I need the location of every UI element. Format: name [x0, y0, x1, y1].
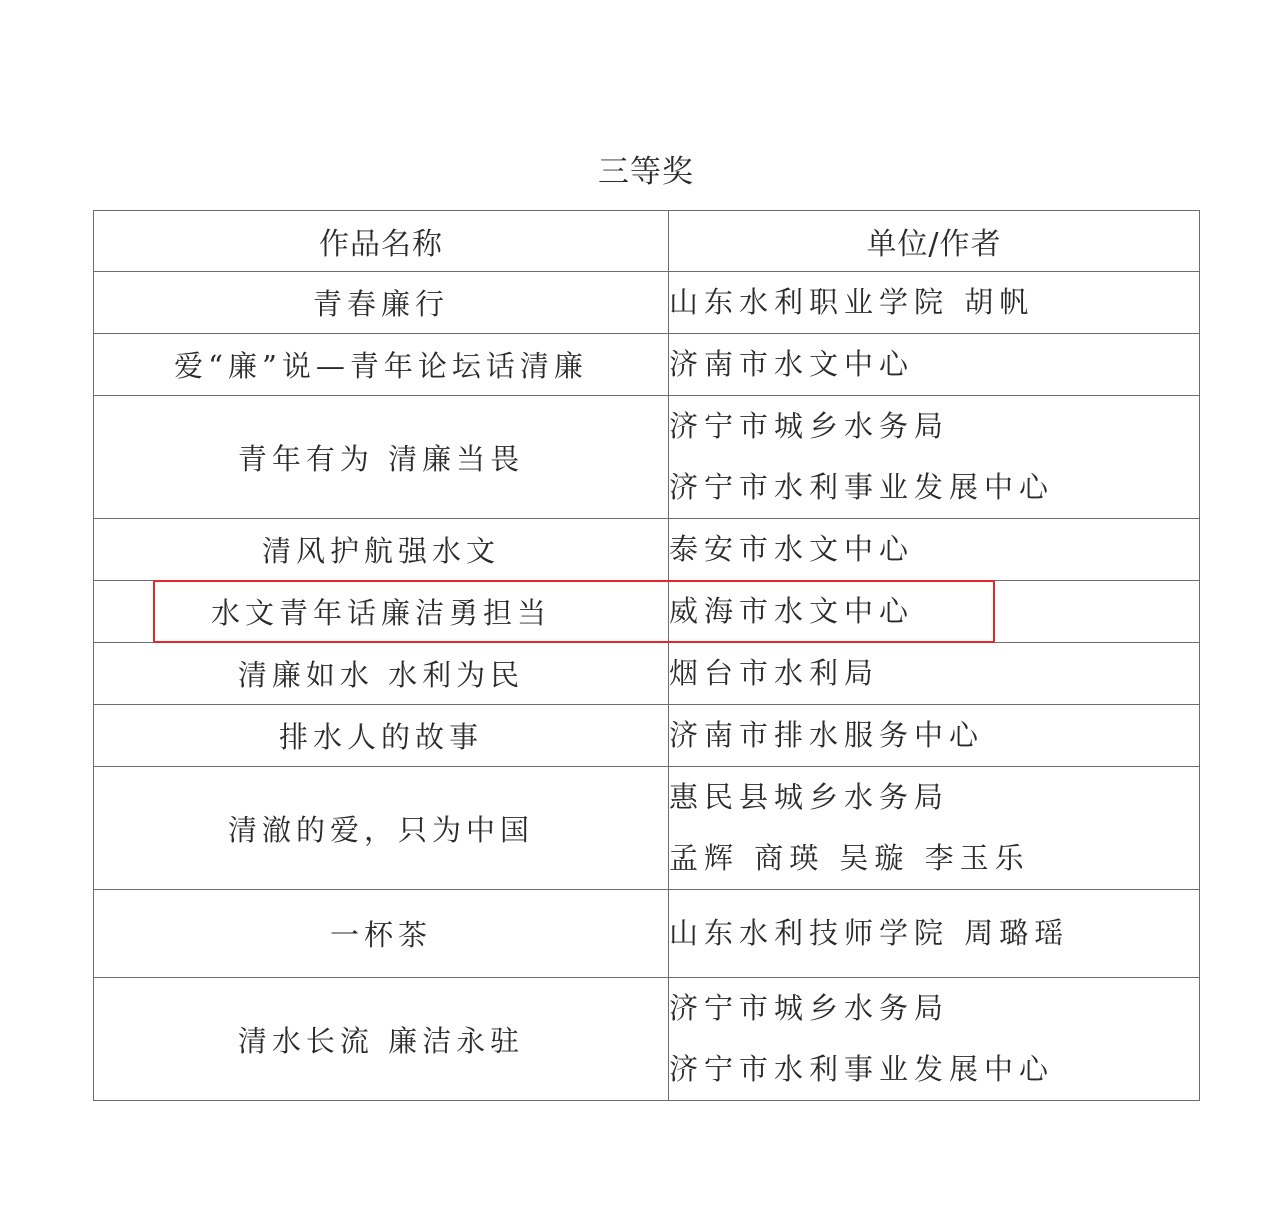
table-header-row: 作品名称 单位/作者 — [94, 211, 1200, 272]
unit-author: 济南市排水服务中心 — [669, 705, 1200, 767]
unit-author: 济南市水文中心 — [669, 334, 1200, 396]
work-name: 排水人的故事 — [94, 705, 669, 767]
work-name: 清澈的爱，只为中国 — [94, 767, 669, 890]
work-name: 青年有为 清廉当畏 — [94, 396, 669, 519]
table-row: 爱“廉”说—青年论坛话清廉 济南市水文中心 — [94, 334, 1200, 396]
header-unit-author: 单位/作者 — [669, 211, 1200, 272]
table-row: 清廉如水 水利为民 烟台市水利局 — [94, 643, 1200, 705]
unit-author: 烟台市水利局 — [669, 643, 1200, 705]
table-row: 排水人的故事 济南市排水服务中心 — [94, 705, 1200, 767]
table-row: 清澈的爱，只为中国 惠民县城乡水务局 孟辉 商瑛 吴璇 李玉乐 — [94, 767, 1200, 890]
work-name: 爱“廉”说—青年论坛话清廉 — [94, 334, 669, 396]
header-work-name: 作品名称 — [94, 211, 669, 272]
unit-author: 济宁市城乡水务局 济宁市水利事业发展中心 — [669, 978, 1200, 1101]
work-name: 一杯茶 — [94, 890, 669, 978]
unit-author: 惠民县城乡水务局 孟辉 商瑛 吴璇 李玉乐 — [669, 767, 1200, 890]
awards-table: 作品名称 单位/作者 青春廉行 山东水利职业学院 胡帆 爱“廉”说—青年论坛话清… — [93, 210, 1200, 1101]
table-row: 青年有为 清廉当畏 济宁市城乡水务局 济宁市水利事业发展中心 — [94, 396, 1200, 519]
table-row: 清风护航强水文 泰安市水文中心 — [94, 519, 1200, 581]
table-row: 一杯茶 山东水利技师学院 周璐瑶 — [94, 890, 1200, 978]
unit-author: 威海市水文中心 — [669, 581, 1200, 643]
work-name: 青春廉行 — [94, 272, 669, 334]
table-row: 青春廉行 山东水利职业学院 胡帆 — [94, 272, 1200, 334]
table-row: 清水长流 廉洁永驻 济宁市城乡水务局 济宁市水利事业发展中心 — [94, 978, 1200, 1101]
unit-author: 山东水利职业学院 胡帆 — [669, 272, 1200, 334]
unit-author: 山东水利技师学院 周璐瑶 — [669, 890, 1200, 978]
work-name: 水文青年话廉洁勇担当 — [94, 581, 669, 643]
work-name: 清水长流 廉洁永驻 — [94, 978, 669, 1101]
unit-author: 泰安市水文中心 — [669, 519, 1200, 581]
page-title: 三等奖 — [0, 146, 1280, 191]
work-name: 清廉如水 水利为民 — [94, 643, 669, 705]
work-name: 清风护航强水文 — [94, 519, 669, 581]
unit-author: 济宁市城乡水务局 济宁市水利事业发展中心 — [669, 396, 1200, 519]
table-row-highlighted: 水文青年话廉洁勇担当 威海市水文中心 — [94, 581, 1200, 643]
